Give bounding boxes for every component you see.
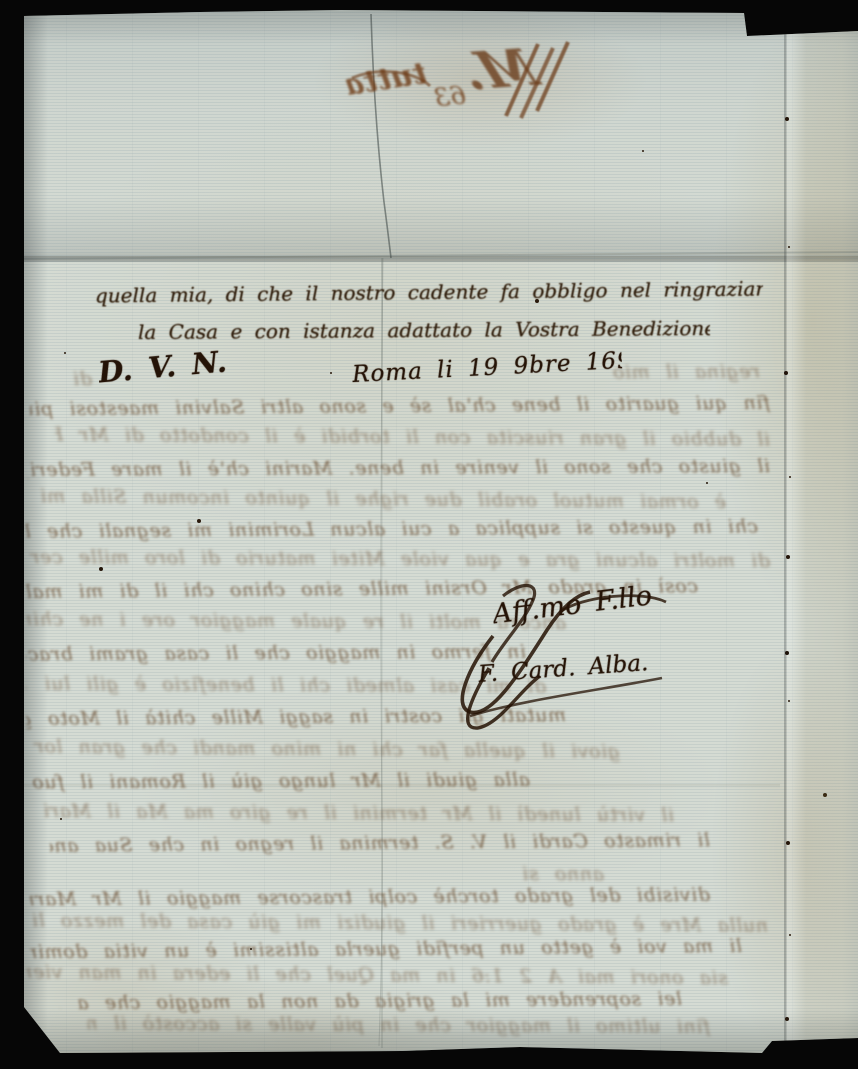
scanner-backdrop: tutta 63 M. quella mia, di che il nostro… [0, 0, 858, 1069]
ink-specks [0, 0, 2, 2]
letter-sheet: tutta 63 M. quella mia, di che il nostro… [0, 0, 858, 1069]
edge-shading [0, 0, 858, 1069]
